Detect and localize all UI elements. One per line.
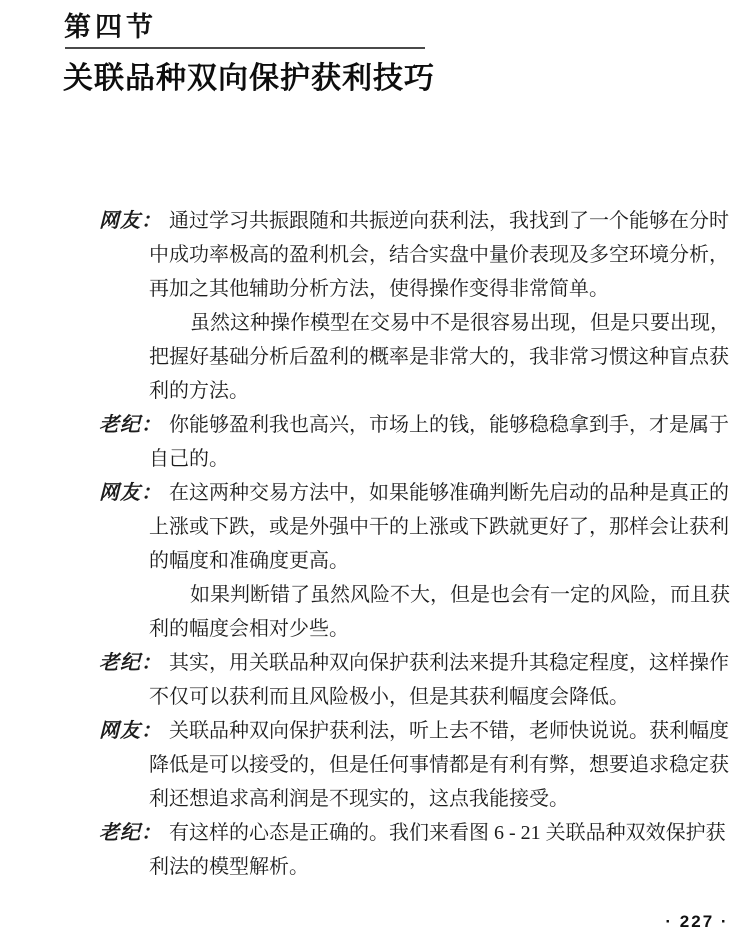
page-number: · 227 · (652, 912, 742, 928)
dialog-paragraph: 网友：关联品种双向保护获利法，听上去不错，老师快说说。获利幅度 降低是可以接受的… (99, 714, 747, 816)
dialog-paragraph: 老纪：有这样的心态是正确的。我们来看图 6 - 21 关联品种双效保护获 利法的… (99, 816, 747, 884)
speaker-label: 网友： (99, 482, 162, 504)
speaker-label: 老纪： (99, 414, 162, 436)
speaker-label: 网友： (99, 210, 162, 232)
speaker-label: 网友： (99, 720, 162, 742)
dialog-paragraph: 老纪：其实，用关联品种双向保护获利法来提升其稳定程度，这样操作 不仅可以获利而且… (99, 646, 747, 714)
speaker-label: 老纪： (99, 822, 162, 844)
dialog-paragraph: 网友：在这两种交易方法中，如果能够准确判断先启动的品种是真正的 上涨或下跌，或是… (99, 476, 747, 578)
dialog-paragraph: 虽然这种操作模型在交易中不是很容易出现，但是只要出现， 把握好基础分析后盈利的概… (99, 306, 747, 408)
dialog-body: 网友：通过学习共振跟随和共振逆向获利法，我找到了一个能够在分时 中成功率极高的盈… (99, 204, 747, 884)
section-label: 第四节 (64, 5, 157, 44)
speaker-label: 老纪： (99, 652, 162, 674)
book-page: 第四节 关联品种双向保护获利技巧 网友：通过学习共振跟随和共振逆向获利法，我找到… (0, 0, 750, 928)
header-rule (65, 47, 425, 49)
page-title: 关联品种双向保护获利技巧 (63, 53, 435, 97)
dialog-paragraph: 老纪：你能够盈利我也高兴，市场上的钱，能够稳稳拿到手，才是属于 自己的。 (99, 408, 747, 476)
dialog-paragraph: 如果判断错了虽然风险不大，但是也会有一定的风险，而且获 利的幅度会相对少些。 (99, 578, 747, 646)
dialog-paragraph: 网友：通过学习共振跟随和共振逆向获利法，我找到了一个能够在分时 中成功率极高的盈… (99, 204, 747, 306)
